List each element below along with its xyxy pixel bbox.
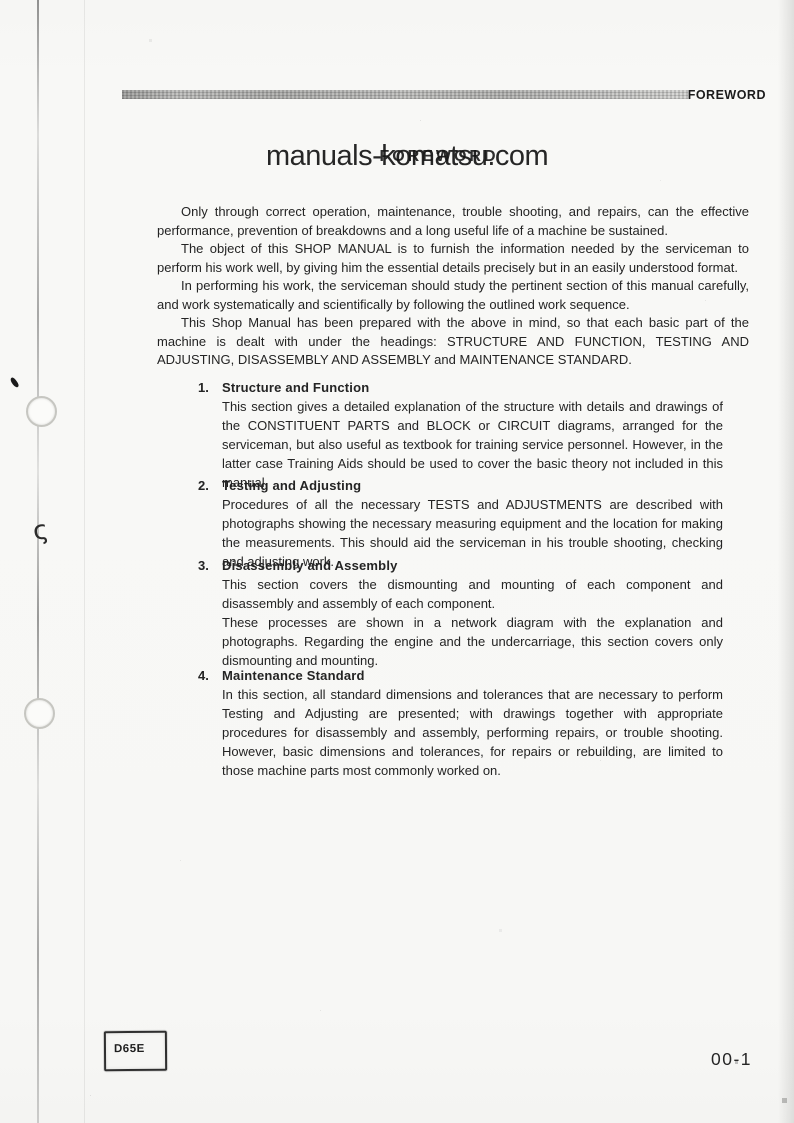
- model-code-label: D65E: [114, 1043, 145, 1055]
- intro-paragraph: Only through correct operation, maintena…: [157, 203, 749, 240]
- scanned-manual-page: ς FOREWORD FOREWORD manuals-komatsu.com …: [0, 0, 794, 1123]
- intro-paragraph: The object of this SHOP MANUAL is to fur…: [157, 240, 749, 277]
- header-rule-halftone: [122, 90, 688, 99]
- site-watermark: manuals-komatsu.com: [266, 140, 548, 173]
- scan-fold-line: [37, 0, 39, 1123]
- punch-hole-top: [26, 396, 57, 427]
- punch-hole-bottom: [24, 698, 55, 729]
- scan-edge-shadow: [778, 0, 794, 1123]
- section-paragraph: In this section, all standard dimensions…: [222, 685, 723, 780]
- section-heading: Testing and Adjusting: [222, 476, 723, 495]
- section-paragraph: These processes are shown in a network d…: [222, 613, 723, 670]
- section-number: 3.: [198, 556, 209, 575]
- scan-faint-line: [84, 0, 85, 1123]
- header-section-label: FOREWORD: [688, 88, 766, 102]
- handwritten-mark: ς: [31, 515, 51, 547]
- section-number: 4.: [198, 666, 209, 685]
- intro-paragraph: In performing his work, the serviceman s…: [157, 277, 749, 314]
- section-heading: Maintenance Standard: [222, 666, 723, 685]
- pen-tick-mark: [9, 377, 20, 389]
- page-number: 00-1: [711, 1049, 752, 1070]
- section-number: 2.: [198, 476, 209, 495]
- section-maintenance-standard: 4. Maintenance Standard In this section,…: [198, 666, 723, 780]
- intro-block: Only through correct operation, maintena…: [157, 203, 749, 370]
- section-heading: Disassembly and Assembly: [222, 556, 723, 575]
- section-content: Disassembly and Assembly This section co…: [222, 556, 723, 670]
- section-heading: Structure and Function: [222, 378, 723, 397]
- model-code-box: D65E: [104, 1031, 167, 1071]
- intro-paragraph: This Shop Manual has been prepared with …: [157, 314, 749, 370]
- section-content: Maintenance Standard In this section, al…: [222, 666, 723, 780]
- section-content: Structure and Function This section give…: [222, 378, 723, 492]
- section-paragraph: This section covers the dismounting and …: [222, 575, 723, 613]
- section-structure-and-function: 1. Structure and Function This section g…: [198, 378, 723, 492]
- section-disassembly-and-assembly: 3. Disassembly and Assembly This section…: [198, 556, 723, 670]
- section-number: 1.: [198, 378, 209, 397]
- scan-noise-specks: [0, 0, 1, 1]
